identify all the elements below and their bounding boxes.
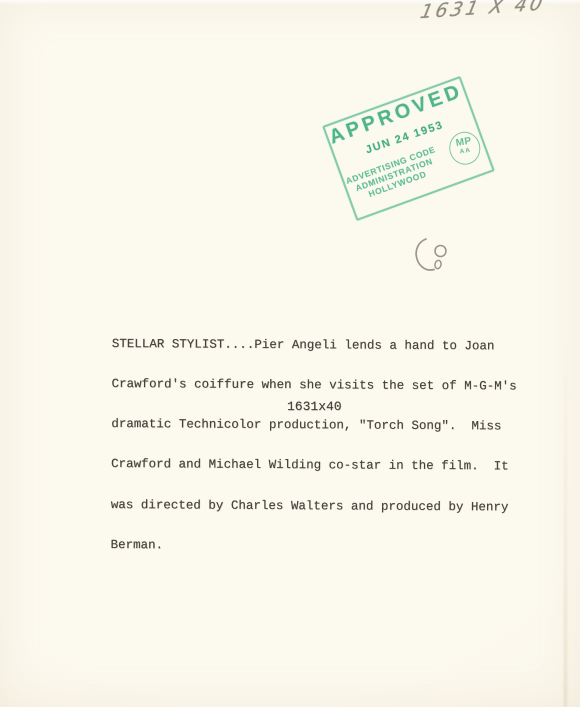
caption-line: Berman. bbox=[111, 539, 516, 555]
caption-line: STELLAR STYLIST....Pier Angeli lends a h… bbox=[112, 338, 517, 354]
approval-stamp: APPROVED JUN 24 1953 ADVERTISING CODE AD… bbox=[322, 76, 495, 221]
caption-line: Crawford's coiffure when she visits the … bbox=[112, 378, 517, 394]
typed-caption: STELLAR STYLIST....Pier Angeli lends a h… bbox=[110, 311, 517, 582]
caption-line: Crawford and Michael Wilding co-star in … bbox=[111, 458, 516, 474]
pencil-scribble-icon bbox=[413, 234, 453, 278]
pencil-notation: 1631 X 40 bbox=[418, 0, 580, 23]
mpaa-seal-icon: MP AA bbox=[447, 129, 483, 167]
paper-edge-shadow bbox=[564, 320, 567, 707]
photo-back-paper: 1631 X 40 APPROVED JUN 24 1953 ADVERTISI… bbox=[0, 0, 580, 707]
caption-line: was directed by Charles Walters and prod… bbox=[111, 499, 516, 515]
caption-line: dramatic Technicolor production, "Torch … bbox=[111, 418, 516, 434]
typed-photo-code: 1631x40 bbox=[287, 399, 342, 414]
